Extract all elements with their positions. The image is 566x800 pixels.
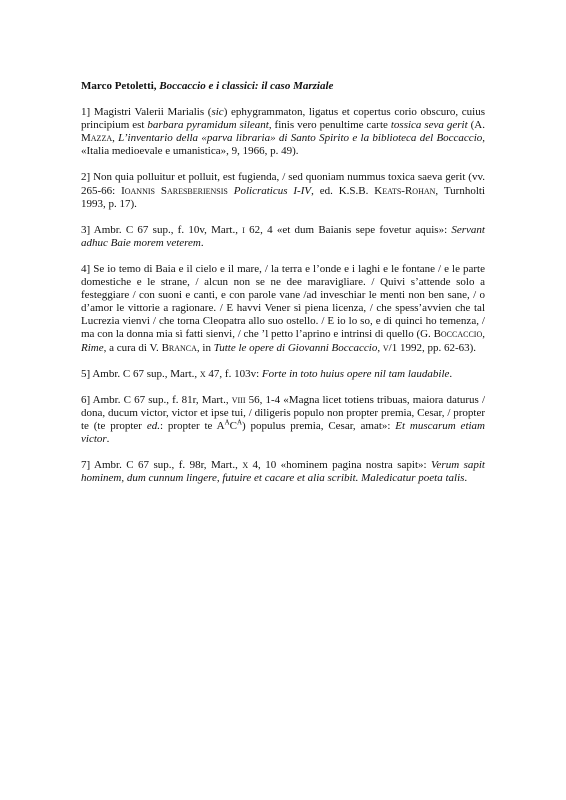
document-title: Marco Petoletti, Boccaccio e i classici:… (81, 80, 485, 93)
text-segment: Ambr. C 67 sup., f. 10v, Mart., (90, 224, 242, 236)
footnote-6: 6] Ambr. C 67 sup., f. 81r, Mart., viii … (81, 394, 485, 446)
footnote-number: 2] (81, 171, 90, 183)
footnote-1: 1] Magistri Valerii Marialis (sic) ephyg… (81, 106, 485, 158)
text-segment: : propter te A (160, 420, 225, 432)
text-segment: , (482, 328, 485, 340)
document-page: Marco Petoletti, Boccaccio e i classici:… (81, 80, 485, 498)
text-segment: Ambr. C 67 sup., Mart., (90, 368, 200, 380)
text-segment: ) populus premia, Cesar, amat»: (242, 420, 395, 432)
text-segment: 62, 4 «et dum Baianis sepe fovetur aquis… (245, 224, 451, 236)
text-segment: C (230, 420, 237, 432)
text-segment: , in (197, 342, 214, 354)
text-segment: Se io temo di Baia e il cielo e il mare,… (81, 263, 485, 340)
italic-text: tossica seva gerit (391, 119, 468, 131)
small-caps-text: Branca (162, 342, 197, 354)
text-segment: Ambr. C 67 sup., f. 98r, Mart., (90, 459, 242, 471)
italic-text: Tutte le opere di Giovanni Boccaccio (214, 342, 378, 354)
text-segment: 4, 10 «hominem pagina nostra sapit»: (248, 459, 431, 471)
text-segment: Ambr. C 67 sup., f. 81r, Mart., (90, 394, 232, 406)
footnote-number: 4] (81, 263, 90, 275)
title-author: Marco Petoletti, (81, 80, 157, 92)
small-caps-text: Mazza (81, 132, 112, 144)
title-work: Boccaccio e i classici: il caso Marziale (159, 80, 333, 92)
small-caps-text: Ioannis Saresberiensis (121, 185, 228, 197)
text-segment: (A. (468, 119, 485, 131)
text-segment: , finis vero penultime carte (269, 119, 391, 131)
italic-text: Policraticus I-IV (234, 185, 311, 197)
footnote-4: 4] Se io temo di Baia e il cielo e il ma… (81, 263, 485, 355)
italic-text: L’inventario della «parva libraria» di S… (118, 132, 482, 144)
footnote-number: 5] (81, 368, 90, 380)
notes-list: 1] Magistri Valerii Marialis (sic) ephyg… (81, 106, 485, 485)
italic-text: barbara pyramidum sileant (147, 119, 268, 131)
footnote-number: 7] (81, 459, 90, 471)
text-segment: /1 1992, pp. 62-63). (389, 342, 476, 354)
italic-text: Forte in toto huius opere nil tam laudab… (262, 368, 450, 380)
footnote-5: 5] Ambr. C 67 sup., Mart., x 47, f. 103v… (81, 368, 485, 381)
text-segment: . (464, 472, 467, 484)
small-caps-text: viii (232, 394, 246, 406)
footnote-number: 1] (81, 106, 90, 118)
footnote-2: 2] Non quia polluitur et polluit, est fu… (81, 171, 485, 210)
small-caps-text: Keats-Rohan (374, 185, 435, 197)
text-segment: 47, f. 103v: (206, 368, 262, 380)
text-segment: , a cura di V. (104, 342, 162, 354)
text-segment: . (107, 433, 110, 445)
footnote-number: 3] (81, 224, 90, 236)
footnote-7: 7] Ambr. C 67 sup., f. 98r, Mart., x 4, … (81, 459, 485, 485)
italic-text: sic (211, 106, 223, 118)
small-caps-text: Boccaccio (434, 328, 483, 340)
text-segment: , ed. K.S.B. (311, 185, 374, 197)
text-segment: . (449, 368, 452, 380)
footnote-3: 3] Ambr. C 67 sup., f. 10v, Mart., i 62,… (81, 224, 485, 250)
italic-text: ed. (147, 420, 160, 432)
footnote-number: 6] (81, 394, 90, 406)
italic-text: Rime (81, 342, 104, 354)
text-segment: . (201, 237, 204, 249)
text-segment: Magistri Valerii Marialis ( (90, 106, 211, 118)
